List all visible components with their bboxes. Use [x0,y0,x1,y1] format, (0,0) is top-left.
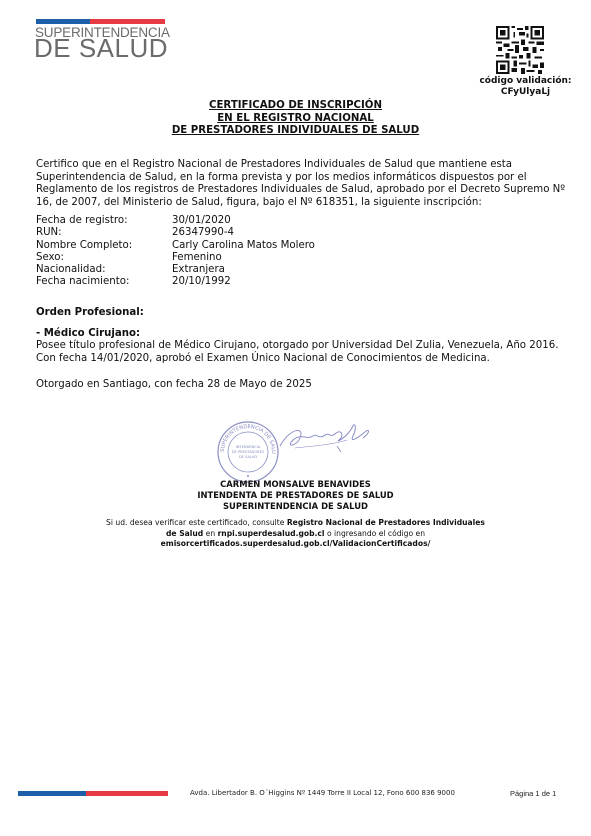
title-line-3: DE PRESTADORES INDIVIDUALES DE SALUD [0,125,591,138]
orden-heading: Orden Profesional: [36,307,144,318]
field-label: Sexo: [36,252,172,264]
issued-statement: Otorgado en Santiago, con fecha 28 de Ma… [36,379,312,390]
profession-description: Posee título profesional de Médico Ciruj… [36,340,566,365]
title-line-2: EN EL REGISTRO NACIONAL [0,113,591,126]
signer-role: INTENDENTA DE PRESTADORES DE SALUD [0,490,591,501]
signer-name: CARMEN MONSALVE BENAVIDES [0,479,591,490]
field-label: RUN: [36,227,172,239]
field-row-fecha-nacimiento: Fecha nacimiento: 20/10/1992 [36,276,315,288]
profession-title: - Médico Cirujano: [36,328,140,339]
field-value: 20/10/1992 [172,276,231,288]
field-label: Nacionalidad: [36,264,172,276]
validation-label: código validación: [460,76,591,87]
field-value: Femenino [172,252,222,264]
page-number: Página 1 de 1 [510,789,556,798]
title-line-1: CERTIFICADO DE INSCRIPCIÓN [0,100,591,113]
logo-text-de-salud: DE SALUD [34,36,168,60]
flag-red-segment [86,791,169,796]
qr-code-icon [495,26,545,74]
field-row-fecha-registro: Fecha de registro: 30/01/2020 [36,215,315,227]
field-label: Fecha nacimiento: [36,276,172,288]
signer-block: CARMEN MONSALVE BENAVIDES INTENDENTA DE … [0,479,591,512]
field-value: 30/01/2020 [172,215,231,227]
official-seal-icon: SUPERINTENDENCIA DE SALUD INTENDENCIA DE… [216,420,280,484]
field-label: Nombre Completo: [36,240,172,252]
field-value: Extranjera [172,264,225,276]
verification-note: Si ud. desea verificar este certificado,… [100,518,491,550]
validation-code-block: código validación: CFyUlyaLj [460,76,591,98]
rnpi-link[interactable]: rnpi.superdesalud.gob.cl [218,529,325,538]
flag-blue-segment [18,791,86,796]
verify-text: en [203,529,217,538]
field-row-nacionalidad: Nacionalidad: Extranjera [36,264,315,276]
verify-text: Si ud. desea verificar este certificado,… [106,518,287,527]
verify-text: o ingresando el código en [325,529,425,538]
svg-text:INTENDENCIA: INTENDENCIA [236,445,261,449]
registration-fields: Fecha de registro: 30/01/2020 RUN: 26347… [36,215,315,289]
logo-flag-bar [36,19,165,24]
field-row-sexo: Sexo: Femenino [36,252,315,264]
field-value: 26347990-4 [172,227,234,239]
flag-red-segment [90,19,165,24]
validation-code: CFyUlyaLj [460,87,591,98]
intro-paragraph: Certifico que en el Registro Nacional de… [36,159,566,209]
signature-image [275,418,375,458]
footer-address: Avda. Libertador B. O´Higgins Nº 1449 To… [190,789,455,797]
certificate-title: CERTIFICADO DE INSCRIPCIÓN EN EL REGISTR… [0,100,591,138]
signer-organization: SUPERINTENDENCIA DE SALUD [0,501,591,512]
field-row-nombre: Nombre Completo: Carly Carolina Matos Mo… [36,240,315,252]
svg-text:DE SALUD: DE SALUD [239,455,257,459]
footer-flag-bar [18,791,168,796]
validation-url-link[interactable]: emisorcertificados.superdesalud.gob.cl/V… [161,539,431,548]
flag-blue-segment [36,19,90,24]
svg-text:DE PRESTADORES: DE PRESTADORES [232,450,265,454]
field-value: Carly Carolina Matos Molero [172,240,315,252]
field-label: Fecha de registro: [36,215,172,227]
field-row-run: RUN: 26347990-4 [36,227,315,239]
